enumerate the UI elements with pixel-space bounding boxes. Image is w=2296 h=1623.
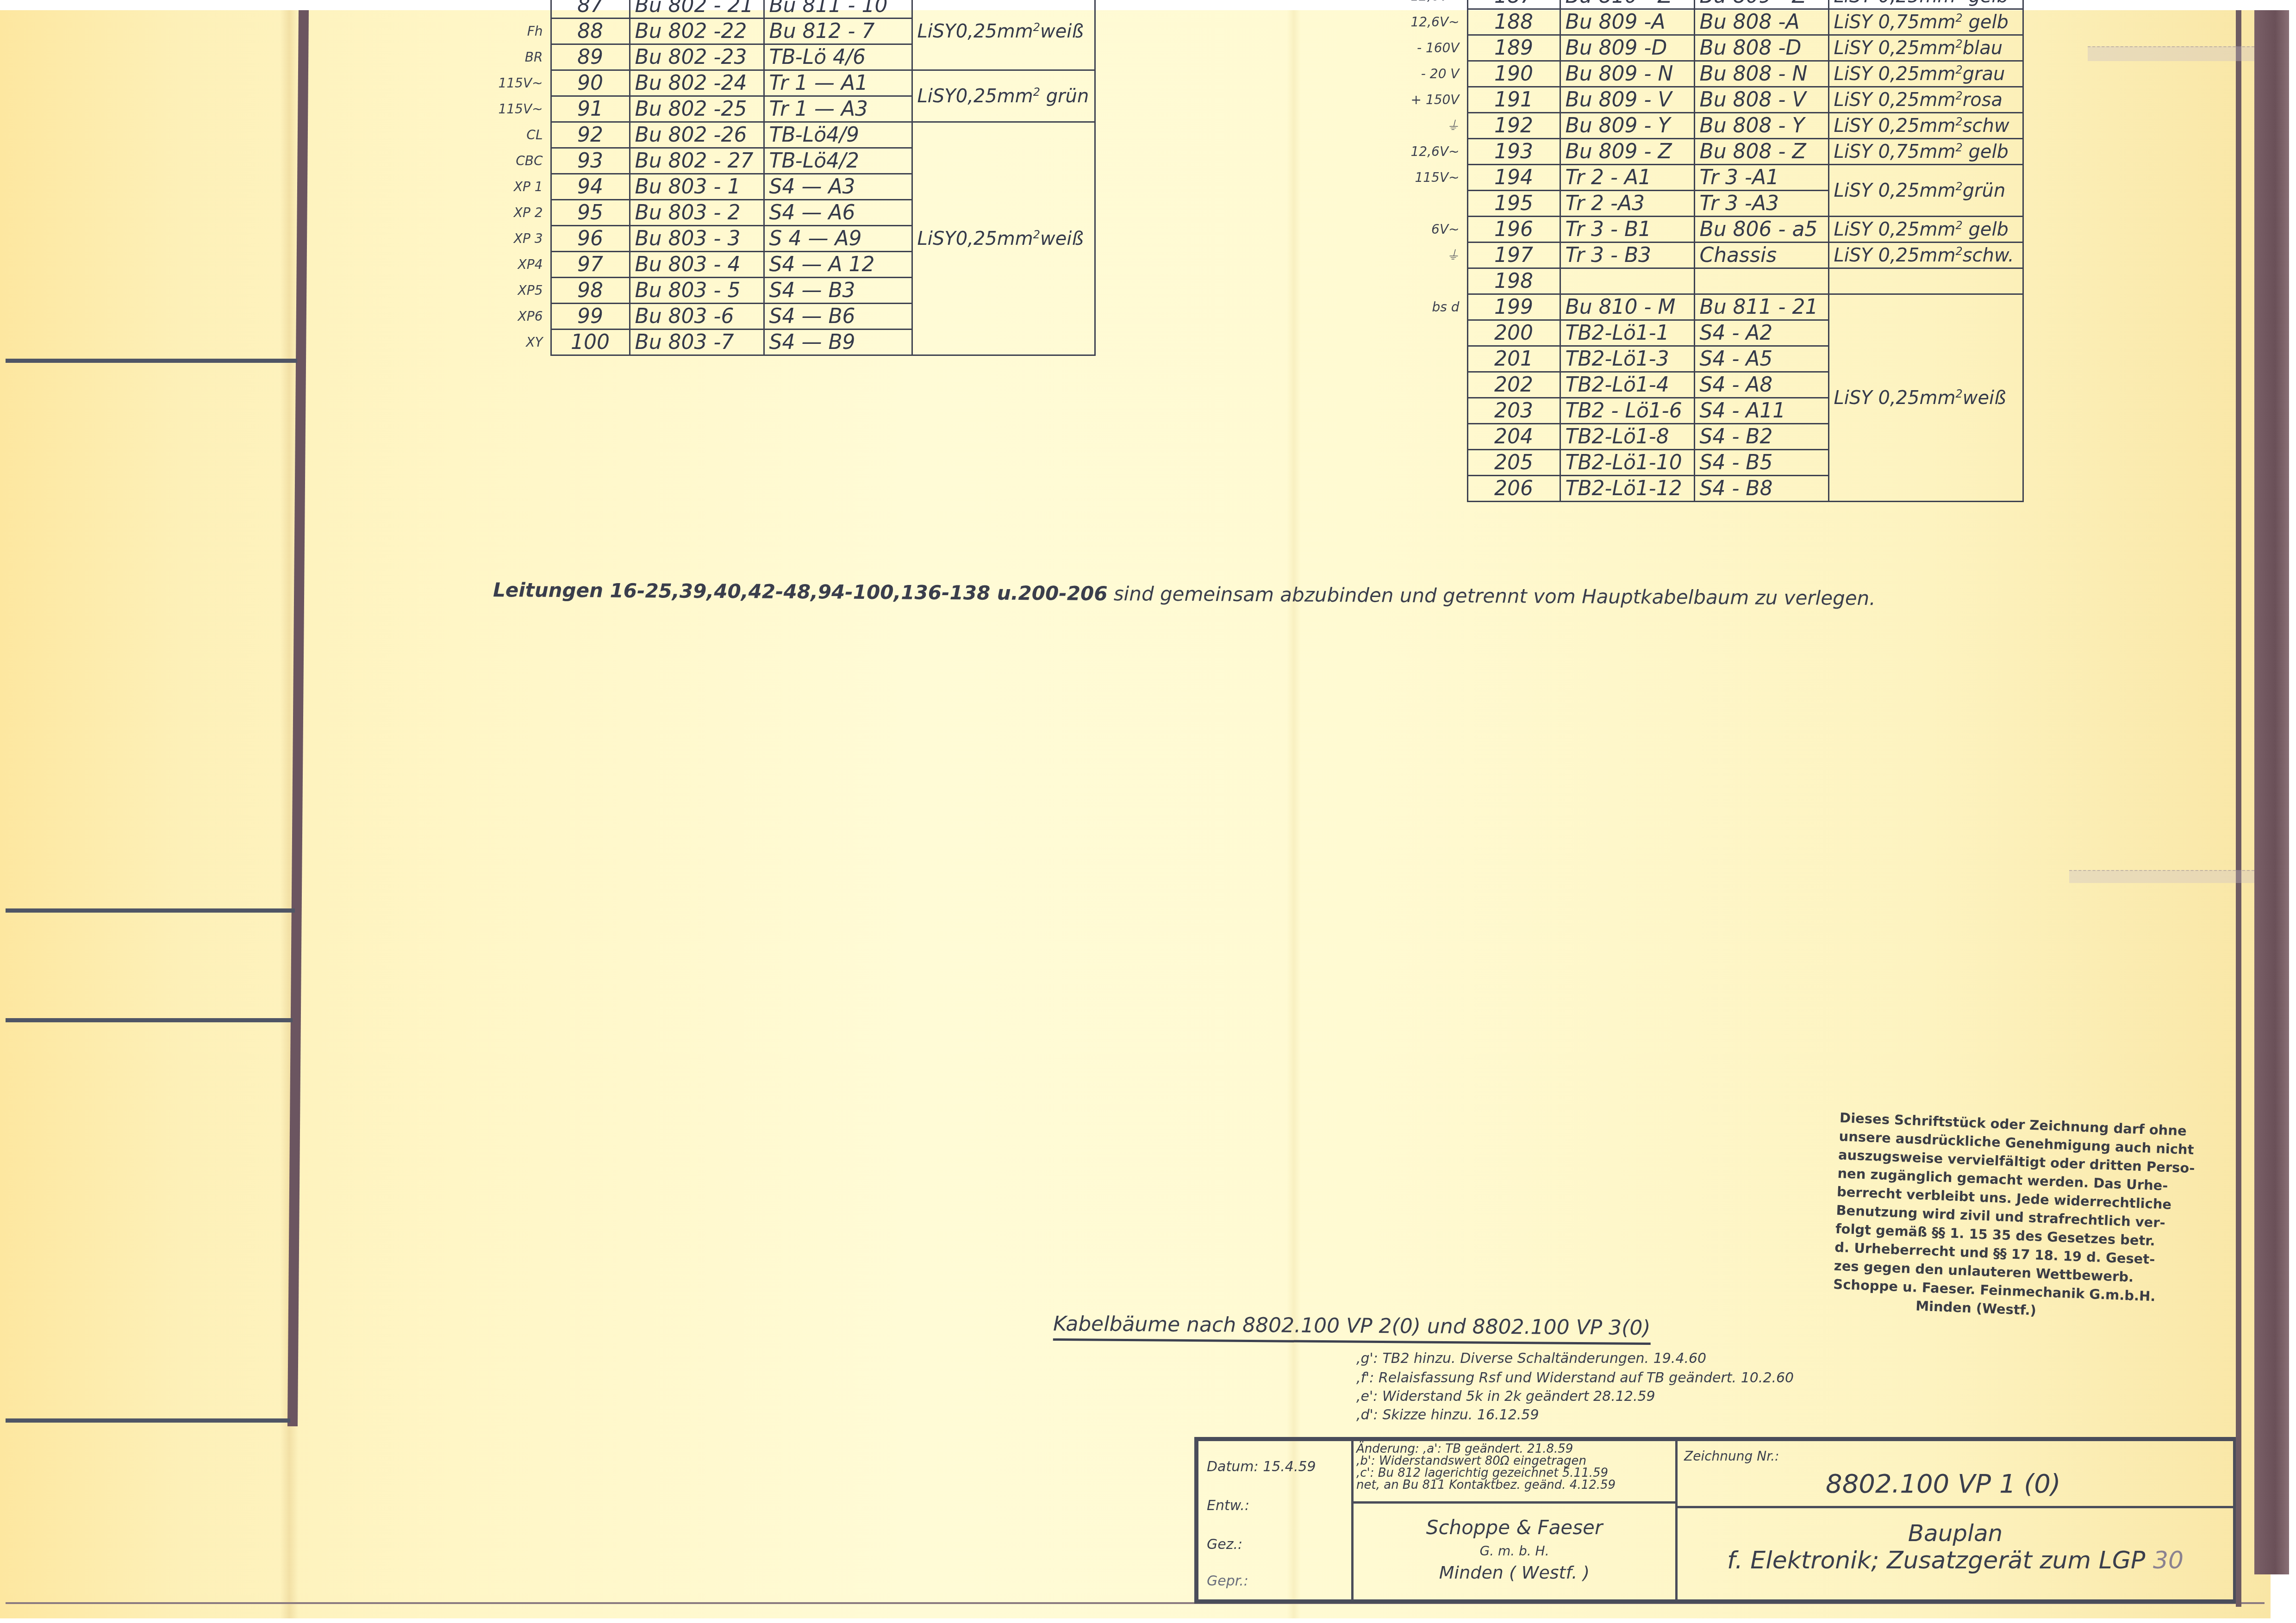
wire-material-cell: LiSY0,25mm2 grün bbox=[912, 70, 1095, 122]
wire-from: Bu 802 -25 bbox=[630, 96, 764, 122]
change-entry-b: ,b': Widerstandswert 80Ω eingetragen bbox=[1356, 1455, 1672, 1467]
drawing-title-box: Bauplan f. Elektronik; Zusatzgerät zum L… bbox=[1678, 1511, 2233, 1599]
revision-d: ,d': Skizze hinzu. 16.12.59 bbox=[1356, 1407, 1539, 1423]
signal-label: 12,6V~ bbox=[1386, 9, 1467, 35]
signal-label: ⏚ bbox=[1386, 243, 1467, 268]
wire-to: S4 - A11 bbox=[1694, 398, 1828, 424]
signal-label: Fh bbox=[481, 19, 551, 44]
wire-from: Bu 809 - N bbox=[1560, 61, 1694, 87]
wire-material: LiSY 0,25mm bbox=[1834, 115, 1956, 137]
wire-number: 98 bbox=[551, 278, 630, 304]
gez-label: Gez.: bbox=[1207, 1536, 1242, 1553]
wire-color: gelb bbox=[1963, 219, 2009, 240]
signal-label: XP 2 bbox=[481, 200, 551, 226]
wire-color: weiß bbox=[1040, 21, 1084, 42]
wire-material-cell: LiSY 0,25mm2 gelb bbox=[1828, 0, 2023, 9]
signal-label bbox=[1386, 320, 1467, 346]
wire-row: 87Bu 802 - 21Bu 811 - 10LiSY0,25mm2weiß bbox=[481, 0, 1095, 19]
wire-material-cell: LiSY 0,75mm2 gelb bbox=[1828, 139, 2023, 165]
wire-row: 115V~194Tr 2 - A1Tr 3 -A1LiSY 0,25mm2grü… bbox=[1386, 165, 2023, 191]
drawing-subtitle-model: 30 bbox=[2153, 1547, 2184, 1574]
wire-to: S4 - B5 bbox=[1694, 450, 1828, 476]
wire-row: bs d199Bu 810 - MBu 811 - 21LiSY 0,25mm2… bbox=[1386, 294, 2023, 320]
signal-label: CL bbox=[481, 122, 551, 148]
wire-number: 205 bbox=[1467, 450, 1560, 476]
wire-material-cell: LiSY 0,25mm2grau bbox=[1828, 61, 2023, 87]
signal-label: XY bbox=[481, 330, 551, 355]
revision-f: ,f': Relaisfassung Rsf und Widerstand au… bbox=[1356, 1370, 1794, 1386]
datum-field: Datum: 15.4.59 bbox=[1207, 1459, 1316, 1475]
wire-material-cell: LiSY 0,25mm2 gelb bbox=[1828, 217, 2023, 243]
signal-label: + 150V bbox=[1386, 87, 1467, 113]
wire-number: 97 bbox=[551, 252, 630, 278]
wire-number: 187 bbox=[1467, 0, 1560, 9]
wire-material-exp: 2 bbox=[1033, 21, 1040, 34]
wire-material-cell bbox=[1828, 268, 2023, 294]
drawing-number-box: Zeichnung Nr.: 8802.100 VP 1 (0) bbox=[1678, 1441, 2233, 1508]
wire-number: 196 bbox=[1467, 217, 1560, 243]
wire-to: S4 - B2 bbox=[1694, 424, 1828, 450]
wire-number: 89 bbox=[551, 44, 630, 70]
wire-material: LiSY 0,25mm bbox=[1834, 245, 1956, 266]
wire-to: Tr 1 — A1 bbox=[764, 70, 912, 96]
signal-label: - 20 V bbox=[1386, 61, 1467, 87]
wire-material-exp: 2 bbox=[1955, 180, 1962, 193]
revision-g: ,g': TB2 hinzu. Diverse Schaltänderungen… bbox=[1356, 1350, 1706, 1367]
drawing-number: 8802.100 VP 1 (0) bbox=[1826, 1469, 2061, 1499]
wire-color: schw. bbox=[1963, 245, 2014, 266]
wire-number: 94 bbox=[551, 174, 630, 200]
fold-crease-middle bbox=[1287, 10, 1301, 1618]
signal-label: - 160V bbox=[1386, 35, 1467, 61]
wire-to: Tr 1 — A3 bbox=[764, 96, 912, 122]
wire-from: Bu 802 -23 bbox=[630, 44, 764, 70]
wire-from bbox=[1560, 268, 1694, 294]
wire-material: LiSY 0,75mm bbox=[1834, 141, 1956, 162]
wire-material-exp: 2 bbox=[1955, 63, 1962, 76]
wire-from: Bu 810 - Z bbox=[1560, 0, 1694, 9]
title-block-company: Änderung: ,a': TB geändert. 21.8.59 ,b':… bbox=[1354, 1441, 1678, 1599]
entw-label: Entw.: bbox=[1207, 1498, 1249, 1514]
left-frame-line bbox=[6, 359, 297, 363]
wire-from: TB2-Lö1-12 bbox=[1560, 476, 1694, 502]
wire-material-exp: 2 bbox=[1955, 219, 1962, 232]
signal-label: 12,6V~ bbox=[1386, 0, 1467, 9]
signal-label: XP6 bbox=[481, 304, 551, 330]
wire-number: 88 bbox=[551, 19, 630, 44]
wire-material-cell: LiSY 0,25mm2schw bbox=[1828, 113, 2023, 139]
signal-label bbox=[481, 0, 551, 19]
signal-label: BR bbox=[481, 44, 551, 70]
datum-label: Datum: bbox=[1207, 1459, 1259, 1475]
wire-material-exp: 2 bbox=[1033, 228, 1040, 241]
wire-to: S 4 — A9 bbox=[764, 226, 912, 252]
wire-from: Tr 3 - B3 bbox=[1560, 243, 1694, 268]
wire-material-exp: 2 bbox=[1955, 89, 1962, 102]
wire-to: S4 — A3 bbox=[764, 174, 912, 200]
wire-from: Bu 802 -26 bbox=[630, 122, 764, 148]
wire-to: Bu 812 - 7 bbox=[764, 19, 912, 44]
wire-from: Bu 803 - 3 bbox=[630, 226, 764, 252]
change-entry-c: ,c': Bu 812 lagerichtig gezeichnet 5.11.… bbox=[1356, 1467, 1672, 1479]
wire-to: Bu 808 -D bbox=[1694, 35, 1828, 61]
wire-material-cell: LiSY 0,25mm2blau bbox=[1828, 35, 2023, 61]
wire-material: LiSY0,25mm bbox=[917, 21, 1033, 42]
wire-number: 193 bbox=[1467, 139, 1560, 165]
cable-harness-reference: Kabelbäume nach 8802.100 VP 2(0) und 880… bbox=[1053, 1312, 1651, 1345]
wire-material-cell: LiSY 0,25mm2schw. bbox=[1828, 243, 2023, 268]
signal-label: 115V~ bbox=[481, 96, 551, 122]
left-frame-line bbox=[6, 1018, 293, 1022]
wire-from: Bu 802 - 27 bbox=[630, 148, 764, 174]
wire-number: 204 bbox=[1467, 424, 1560, 450]
wire-row: - 20 V190Bu 809 - NBu 808 - NLiSY 0,25mm… bbox=[1386, 61, 2023, 87]
wire-material: LiSY 0,25mm bbox=[1834, 387, 1956, 409]
signal-label bbox=[1386, 346, 1467, 372]
change-entry-c-cont: net, an Bu 811 Kontaktbez. geänd. 4.12.5… bbox=[1356, 1479, 1672, 1491]
wire-material: LiSY 0,25mm bbox=[1834, 37, 1956, 59]
copyright-stamp: Dieses Schriftstück oder Zeichnung darf … bbox=[1832, 1108, 2182, 1325]
wire-number: 91 bbox=[551, 96, 630, 122]
wire-material: LiSY 0,75mm bbox=[1834, 12, 1956, 33]
wire-number: 202 bbox=[1467, 372, 1560, 398]
wire-material-cell: LiSY 0,25mm2weiß bbox=[1828, 294, 2023, 502]
wire-number: 201 bbox=[1467, 346, 1560, 372]
wire-to: Bu 808 - V bbox=[1694, 87, 1828, 113]
wire-number: 189 bbox=[1467, 35, 1560, 61]
company-name: Schoppe & Faeser bbox=[1354, 1516, 1675, 1539]
wire-row: + 150V191Bu 809 - VBu 808 - VLiSY 0,25mm… bbox=[1386, 87, 2023, 113]
wire-material: LiSY0,25mm bbox=[917, 228, 1033, 249]
wire-from: Bu 803 - 2 bbox=[630, 200, 764, 226]
wire-color: gelb bbox=[1963, 141, 2009, 162]
wire-to: S4 — B9 bbox=[764, 330, 912, 355]
wire-to: Tr 3 -A1 bbox=[1694, 165, 1828, 191]
wire-from: Bu 803 - 5 bbox=[630, 278, 764, 304]
wire-number: 191 bbox=[1467, 87, 1560, 113]
wire-number: 100 bbox=[551, 330, 630, 355]
wiring-table-left: 87Bu 802 - 21Bu 811 - 10LiSY0,25mm2weißF… bbox=[481, 0, 1096, 356]
wire-number: 99 bbox=[551, 304, 630, 330]
wire-number: 197 bbox=[1467, 243, 1560, 268]
wire-number: 87 bbox=[551, 0, 630, 19]
signal-label bbox=[1386, 268, 1467, 294]
wire-from: Tr 2 - A1 bbox=[1560, 165, 1694, 191]
tape-mark bbox=[2088, 46, 2254, 61]
wire-material-exp: 2 bbox=[1955, 387, 1962, 400]
wire-from: Bu 803 -6 bbox=[630, 304, 764, 330]
company-legal-form: G. m. b. H. bbox=[1354, 1543, 1675, 1559]
wire-from: TB2-Lö1-3 bbox=[1560, 346, 1694, 372]
change-entry-a: Änderung: ,a': TB geändert. 21.8.59 bbox=[1356, 1443, 1672, 1455]
wire-number: 199 bbox=[1467, 294, 1560, 320]
wire-to: S4 — A6 bbox=[764, 200, 912, 226]
wire-material-exp: 2 bbox=[1955, 37, 1962, 50]
wire-from: TB2-Lö1-8 bbox=[1560, 424, 1694, 450]
signal-label: ⏚ bbox=[1386, 113, 1467, 139]
wire-from: Bu 809 -A bbox=[1560, 9, 1694, 35]
wire-material-exp: 2 bbox=[1033, 86, 1040, 99]
wire-to: S4 — B6 bbox=[764, 304, 912, 330]
wire-row: 115V~90Bu 802 -24Tr 1 — A1LiSY0,25mm2 gr… bbox=[481, 70, 1095, 96]
signal-label: XP 3 bbox=[481, 226, 551, 252]
signal-label: 12,6V~ bbox=[1386, 139, 1467, 165]
signal-label: 115V~ bbox=[481, 70, 551, 96]
wire-to bbox=[1694, 268, 1828, 294]
wire-material: LiSY 0,25mm bbox=[1834, 63, 1956, 85]
wire-material-cell: LiSY 0,25mm2grün bbox=[1828, 165, 2023, 217]
wire-row: 12,6V~188Bu 809 -ABu 808 -ALiSY 0,75mm2 … bbox=[1386, 9, 2023, 35]
wire-to: TB-Lö 4/6 bbox=[764, 44, 912, 70]
wire-from: TB2-Lö1-4 bbox=[1560, 372, 1694, 398]
wire-row: ⏚192Bu 809 - YBu 808 - YLiSY 0,25mm2schw bbox=[1386, 113, 2023, 139]
wire-to: Bu 808 - N bbox=[1694, 61, 1828, 87]
datum-value: 15.4.59 bbox=[1263, 1459, 1316, 1475]
wire-material-exp: 2 bbox=[1955, 115, 1962, 128]
wire-from: Tr 2 -A3 bbox=[1560, 191, 1694, 217]
wire-color: gelb bbox=[1963, 12, 2009, 33]
wire-number: 95 bbox=[551, 200, 630, 226]
wire-to: S4 — A 12 bbox=[764, 252, 912, 278]
wire-number: 203 bbox=[1467, 398, 1560, 424]
wire-row: - 160V189Bu 809 -DBu 808 -DLiSY 0,25mm2b… bbox=[1386, 35, 2023, 61]
wire-from: Bu 803 - 1 bbox=[630, 174, 764, 200]
wire-to: S4 - B8 bbox=[1694, 476, 1828, 502]
revision-e: ,e': Widerstand 5k in 2k geändert 28.12.… bbox=[1356, 1388, 1655, 1405]
wire-number: 206 bbox=[1467, 476, 1560, 502]
wire-to: Bu 808 -A bbox=[1694, 9, 1828, 35]
wire-material: LiSY 0,25mm bbox=[1834, 180, 1956, 201]
wire-to: S4 - A2 bbox=[1694, 320, 1828, 346]
signal-label bbox=[1386, 191, 1467, 217]
wire-material-exp: 2 bbox=[1955, 12, 1962, 25]
wire-material-cell: LiSY0,25mm2weiß bbox=[912, 0, 1095, 70]
wire-to: Bu 806 - a5 bbox=[1694, 217, 1828, 243]
wire-color: grau bbox=[1963, 63, 2005, 85]
wire-row: 6V~196Tr 3 - B1Bu 806 - a5LiSY 0,25mm2 g… bbox=[1386, 217, 2023, 243]
wire-material: LiSY 0,25mm bbox=[1834, 89, 1956, 111]
drawing-subtitle: f. Elektronik; Zusatzgerät zum LGP 30 bbox=[1678, 1547, 2233, 1574]
wire-color: rosa bbox=[1963, 89, 2003, 111]
wire-material: LiSY 0,25mm bbox=[1834, 0, 1956, 7]
wire-to: Bu 808 - Z bbox=[1694, 139, 1828, 165]
wire-to: Chassis bbox=[1694, 243, 1828, 268]
signal-label: 115V~ bbox=[1386, 165, 1467, 191]
tape-mark bbox=[2069, 870, 2254, 883]
wire-from: Bu 809 - Z bbox=[1560, 139, 1694, 165]
wire-number: 200 bbox=[1467, 320, 1560, 346]
bundling-note-lines: Leitungen 16-25,39,40,42-48,94-100,136-1… bbox=[493, 578, 1108, 605]
left-frame-line bbox=[6, 908, 295, 913]
wire-color: schw bbox=[1963, 115, 2009, 137]
wire-from: Bu 810 - M bbox=[1560, 294, 1694, 320]
wire-number: 92 bbox=[551, 122, 630, 148]
title-block-signatures: Datum: 15.4.59 Entw.: Gez.: Gepr.: bbox=[1198, 1441, 1354, 1599]
wire-to: S4 - A8 bbox=[1694, 372, 1828, 398]
wire-material-cell: LiSY 0,75mm2 gelb bbox=[1828, 9, 2023, 35]
wire-material-cell: LiSY 0,25mm2rosa bbox=[1828, 87, 2023, 113]
drawing-subtitle-text: f. Elektronik; Zusatzgerät zum LGP bbox=[1727, 1547, 2145, 1574]
title-block: Datum: 15.4.59 Entw.: Gez.: Gepr.: Änder… bbox=[1194, 1437, 2236, 1604]
company-city: Minden ( Westf. ) bbox=[1354, 1562, 1675, 1583]
wire-color: weiß bbox=[1963, 387, 2006, 409]
signal-label bbox=[1386, 450, 1467, 476]
signal-label: bs d bbox=[1386, 294, 1467, 320]
wire-to: Bu 808 - Y bbox=[1694, 113, 1828, 139]
wire-number: 90 bbox=[551, 70, 630, 96]
right-frame-border bbox=[2236, 10, 2241, 1607]
signal-label: XP5 bbox=[481, 278, 551, 304]
wire-to: TB-Lö4/9 bbox=[764, 122, 912, 148]
wire-number: 192 bbox=[1467, 113, 1560, 139]
company-box: Schoppe & Faeser G. m. b. H. Minden ( We… bbox=[1354, 1506, 1675, 1599]
wire-from: Bu 803 - 4 bbox=[630, 252, 764, 278]
wire-color: blau bbox=[1963, 37, 2003, 59]
wire-to: Bu 811 - 21 bbox=[1694, 294, 1828, 320]
wire-color: grün bbox=[1963, 180, 2006, 201]
wire-material-cell: LiSY0,25mm2weiß bbox=[912, 122, 1095, 355]
wire-from: Tr 3 - B1 bbox=[1560, 217, 1694, 243]
wire-row: ⏚197Tr 3 - B3ChassisLiSY 0,25mm2schw. bbox=[1386, 243, 2023, 268]
wire-to: S4 - A5 bbox=[1694, 346, 1828, 372]
wire-number: 188 bbox=[1467, 9, 1560, 35]
signal-label: 6V~ bbox=[1386, 217, 1467, 243]
wire-from: Bu 809 - Y bbox=[1560, 113, 1694, 139]
wire-to: Bu 811 - 10 bbox=[764, 0, 912, 19]
gepr-label: Gepr.: bbox=[1207, 1573, 1248, 1589]
wire-to: Bu 809 - Z bbox=[1694, 0, 1828, 9]
wire-number: 194 bbox=[1467, 165, 1560, 191]
wire-from: Bu 809 -D bbox=[1560, 35, 1694, 61]
signal-label bbox=[1386, 372, 1467, 398]
wire-number: 96 bbox=[551, 226, 630, 252]
wire-material-exp: 2 bbox=[1955, 141, 1962, 154]
drawing-number-label: Zeichnung Nr.: bbox=[1684, 1449, 1779, 1464]
signal-label: XP4 bbox=[481, 252, 551, 278]
signal-label bbox=[1386, 476, 1467, 502]
wire-from: Bu 802 - 21 bbox=[630, 0, 764, 19]
wire-color: gelb bbox=[1963, 0, 2009, 7]
wire-from: TB2-Lö1-10 bbox=[1560, 450, 1694, 476]
wire-number: 190 bbox=[1467, 61, 1560, 87]
wire-from: Bu 802 -24 bbox=[630, 70, 764, 96]
wire-from: Bu 809 - V bbox=[1560, 87, 1694, 113]
wire-number: 93 bbox=[551, 148, 630, 174]
wire-material: LiSY0,25mm bbox=[917, 86, 1033, 107]
left-frame-line bbox=[6, 1418, 290, 1423]
title-block-drawing: Zeichnung Nr.: 8802.100 VP 1 (0) Bauplan… bbox=[1678, 1441, 2233, 1599]
drawing-title: Bauplan bbox=[1678, 1520, 2233, 1547]
signal-label: XP 1 bbox=[481, 174, 551, 200]
wire-material-exp: 2 bbox=[1955, 245, 1962, 258]
bundling-note-text: sind gemeinsam abzubinden und getrennt v… bbox=[1107, 582, 1875, 609]
wire-color: grün bbox=[1040, 86, 1089, 107]
signal-label bbox=[1386, 398, 1467, 424]
wire-material: LiSY 0,25mm bbox=[1834, 219, 1956, 240]
wire-from: TB2-Lö1-1 bbox=[1560, 320, 1694, 346]
wire-row: CL92Bu 802 -26TB-Lö4/9LiSY0,25mm2weiß bbox=[481, 122, 1095, 148]
wire-from: Bu 802 -22 bbox=[630, 19, 764, 44]
wiring-table-right: 12,6V~187Bu 810 - ZBu 809 - ZLiSY 0,25mm… bbox=[1386, 0, 2024, 502]
signal-label bbox=[1386, 424, 1467, 450]
right-sheet-edge bbox=[2254, 10, 2289, 1574]
wire-number: 198 bbox=[1467, 268, 1560, 294]
wire-color: weiß bbox=[1040, 228, 1084, 249]
wire-from: Bu 803 -7 bbox=[630, 330, 764, 355]
wire-row: 12,6V~193Bu 809 - ZBu 808 - ZLiSY 0,75mm… bbox=[1386, 139, 2023, 165]
change-log: Änderung: ,a': TB geändert. 21.8.59 ,b':… bbox=[1354, 1441, 1675, 1504]
wire-to: TB-Lö4/2 bbox=[764, 148, 912, 174]
wire-from: TB2 - Lö1-6 bbox=[1560, 398, 1694, 424]
wire-row: 198 bbox=[1386, 268, 2023, 294]
wire-to: Tr 3 -A3 bbox=[1694, 191, 1828, 217]
wire-to: S4 — B3 bbox=[764, 278, 912, 304]
wire-row: 12,6V~187Bu 810 - ZBu 809 - ZLiSY 0,25mm… bbox=[1386, 0, 2023, 9]
wire-number: 195 bbox=[1467, 191, 1560, 217]
signal-label: CBC bbox=[481, 148, 551, 174]
